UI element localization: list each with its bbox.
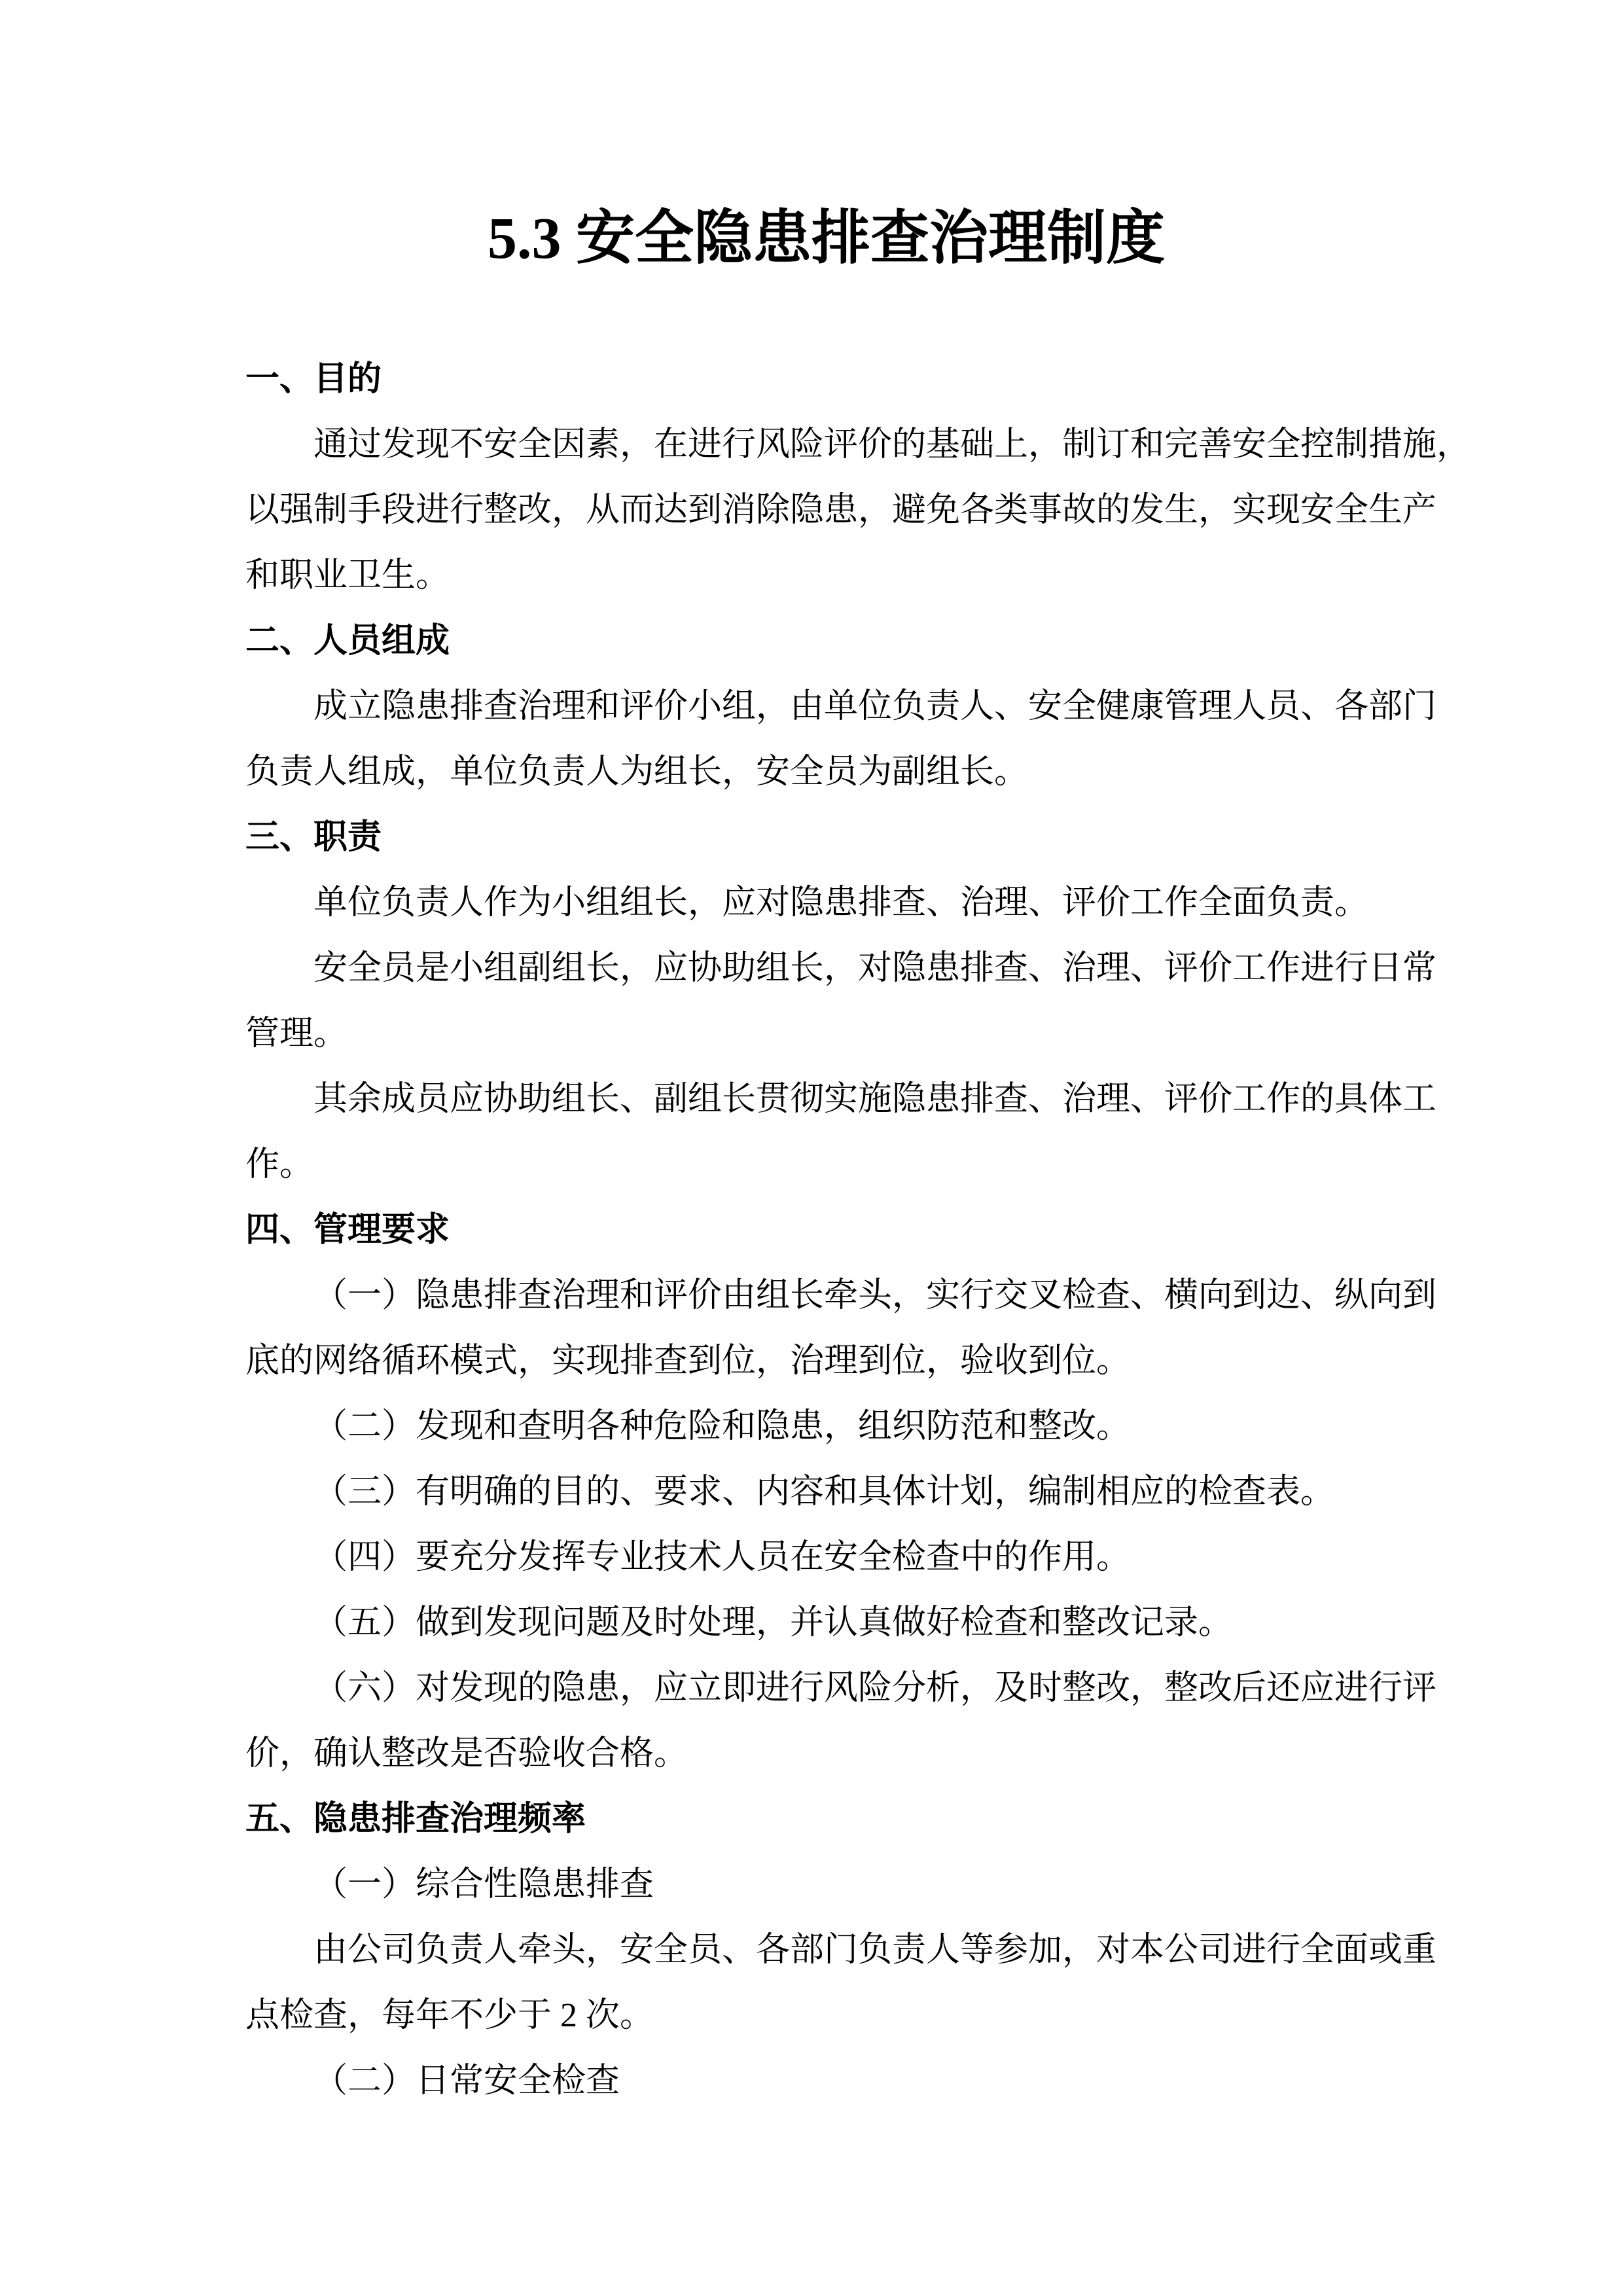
paragraph-line: 作。: [245, 1132, 1407, 1198]
paragraph-line: （二）日常安全检查: [245, 2049, 1407, 2114]
paragraph-line: 以强制手段进行整改，从而达到消除隐患，避免各类事故的发生，实现安全生产: [245, 478, 1407, 543]
paragraph-line: 成立隐患排查治理和评价小组，由单位负责人、安全健康管理人员、各部门: [245, 674, 1407, 740]
paragraph-line: 安全员是小组副组长，应协助组长，对隐患排查、治理、评价工作进行日常: [245, 936, 1407, 1001]
section-heading-purpose: 一、目的: [245, 347, 1407, 412]
paragraph-line: 管理。: [245, 1001, 1407, 1067]
paragraph-line: （四）要充分发挥专业技术人员在安全检查中的作用。: [245, 1525, 1407, 1590]
paragraph-line: （三）有明确的目的、要求、内容和具体计划，编制相应的检查表。: [245, 1460, 1407, 1525]
paragraph-line: 底的网络循环模式，实现排查到位，治理到位，验收到位。: [245, 1329, 1407, 1394]
section-heading-requirements: 四、管理要求: [245, 1198, 1407, 1263]
paragraph-line: （一）隐患排查治理和评价由组长牵头，实行交叉检查、横向到边、纵向到: [245, 1263, 1407, 1329]
section-heading-duties: 三、职责: [245, 805, 1407, 870]
document-title: 5.3 安全隐患排查治理制度: [245, 196, 1407, 281]
paragraph-line: 由公司负责人牵头，安全员、各部门负责人等参加，对本公司进行全面或重: [245, 1918, 1407, 1983]
paragraph-line: 点检查，每年不少于 2 次。: [245, 1983, 1407, 2049]
paragraph-line: （六）对发现的隐患，应立即进行风险分析，及时整改，整改后还应进行评: [245, 1656, 1407, 1721]
paragraph-line: 负责人组成，单位负责人为组长，安全员为副组长。: [245, 740, 1407, 805]
paragraph-line: 通过发现不安全因素，在进行风险评价的基础上，制订和完善安全控制措施，: [245, 412, 1407, 478]
paragraph-line: 和职业卫生。: [245, 543, 1407, 609]
paragraph-line: 价，确认整改是否验收合格。: [245, 1721, 1407, 1787]
paragraph-line: （五）做到发现问题及时处理，并认真做好检查和整改记录。: [245, 1590, 1407, 1656]
paragraph-line: （一）综合性隐患排查: [245, 1852, 1407, 1918]
section-heading-frequency: 五、隐患排查治理频率: [245, 1787, 1407, 1852]
paragraph-line: 单位负责人作为小组组长，应对隐患排查、治理、评价工作全面负责。: [245, 870, 1407, 936]
document-page: 5.3 安全隐患排查治理制度 一、目的 通过发现不安全因素，在进行风险评价的基础…: [0, 0, 1623, 2296]
paragraph-line: 其余成员应协助组长、副组长贯彻实施隐患排查、治理、评价工作的具体工: [245, 1067, 1407, 1132]
paragraph-line: （二）发现和查明各种危险和隐患，组织防范和整改。: [245, 1394, 1407, 1460]
section-heading-members: 二、人员组成: [245, 609, 1407, 674]
